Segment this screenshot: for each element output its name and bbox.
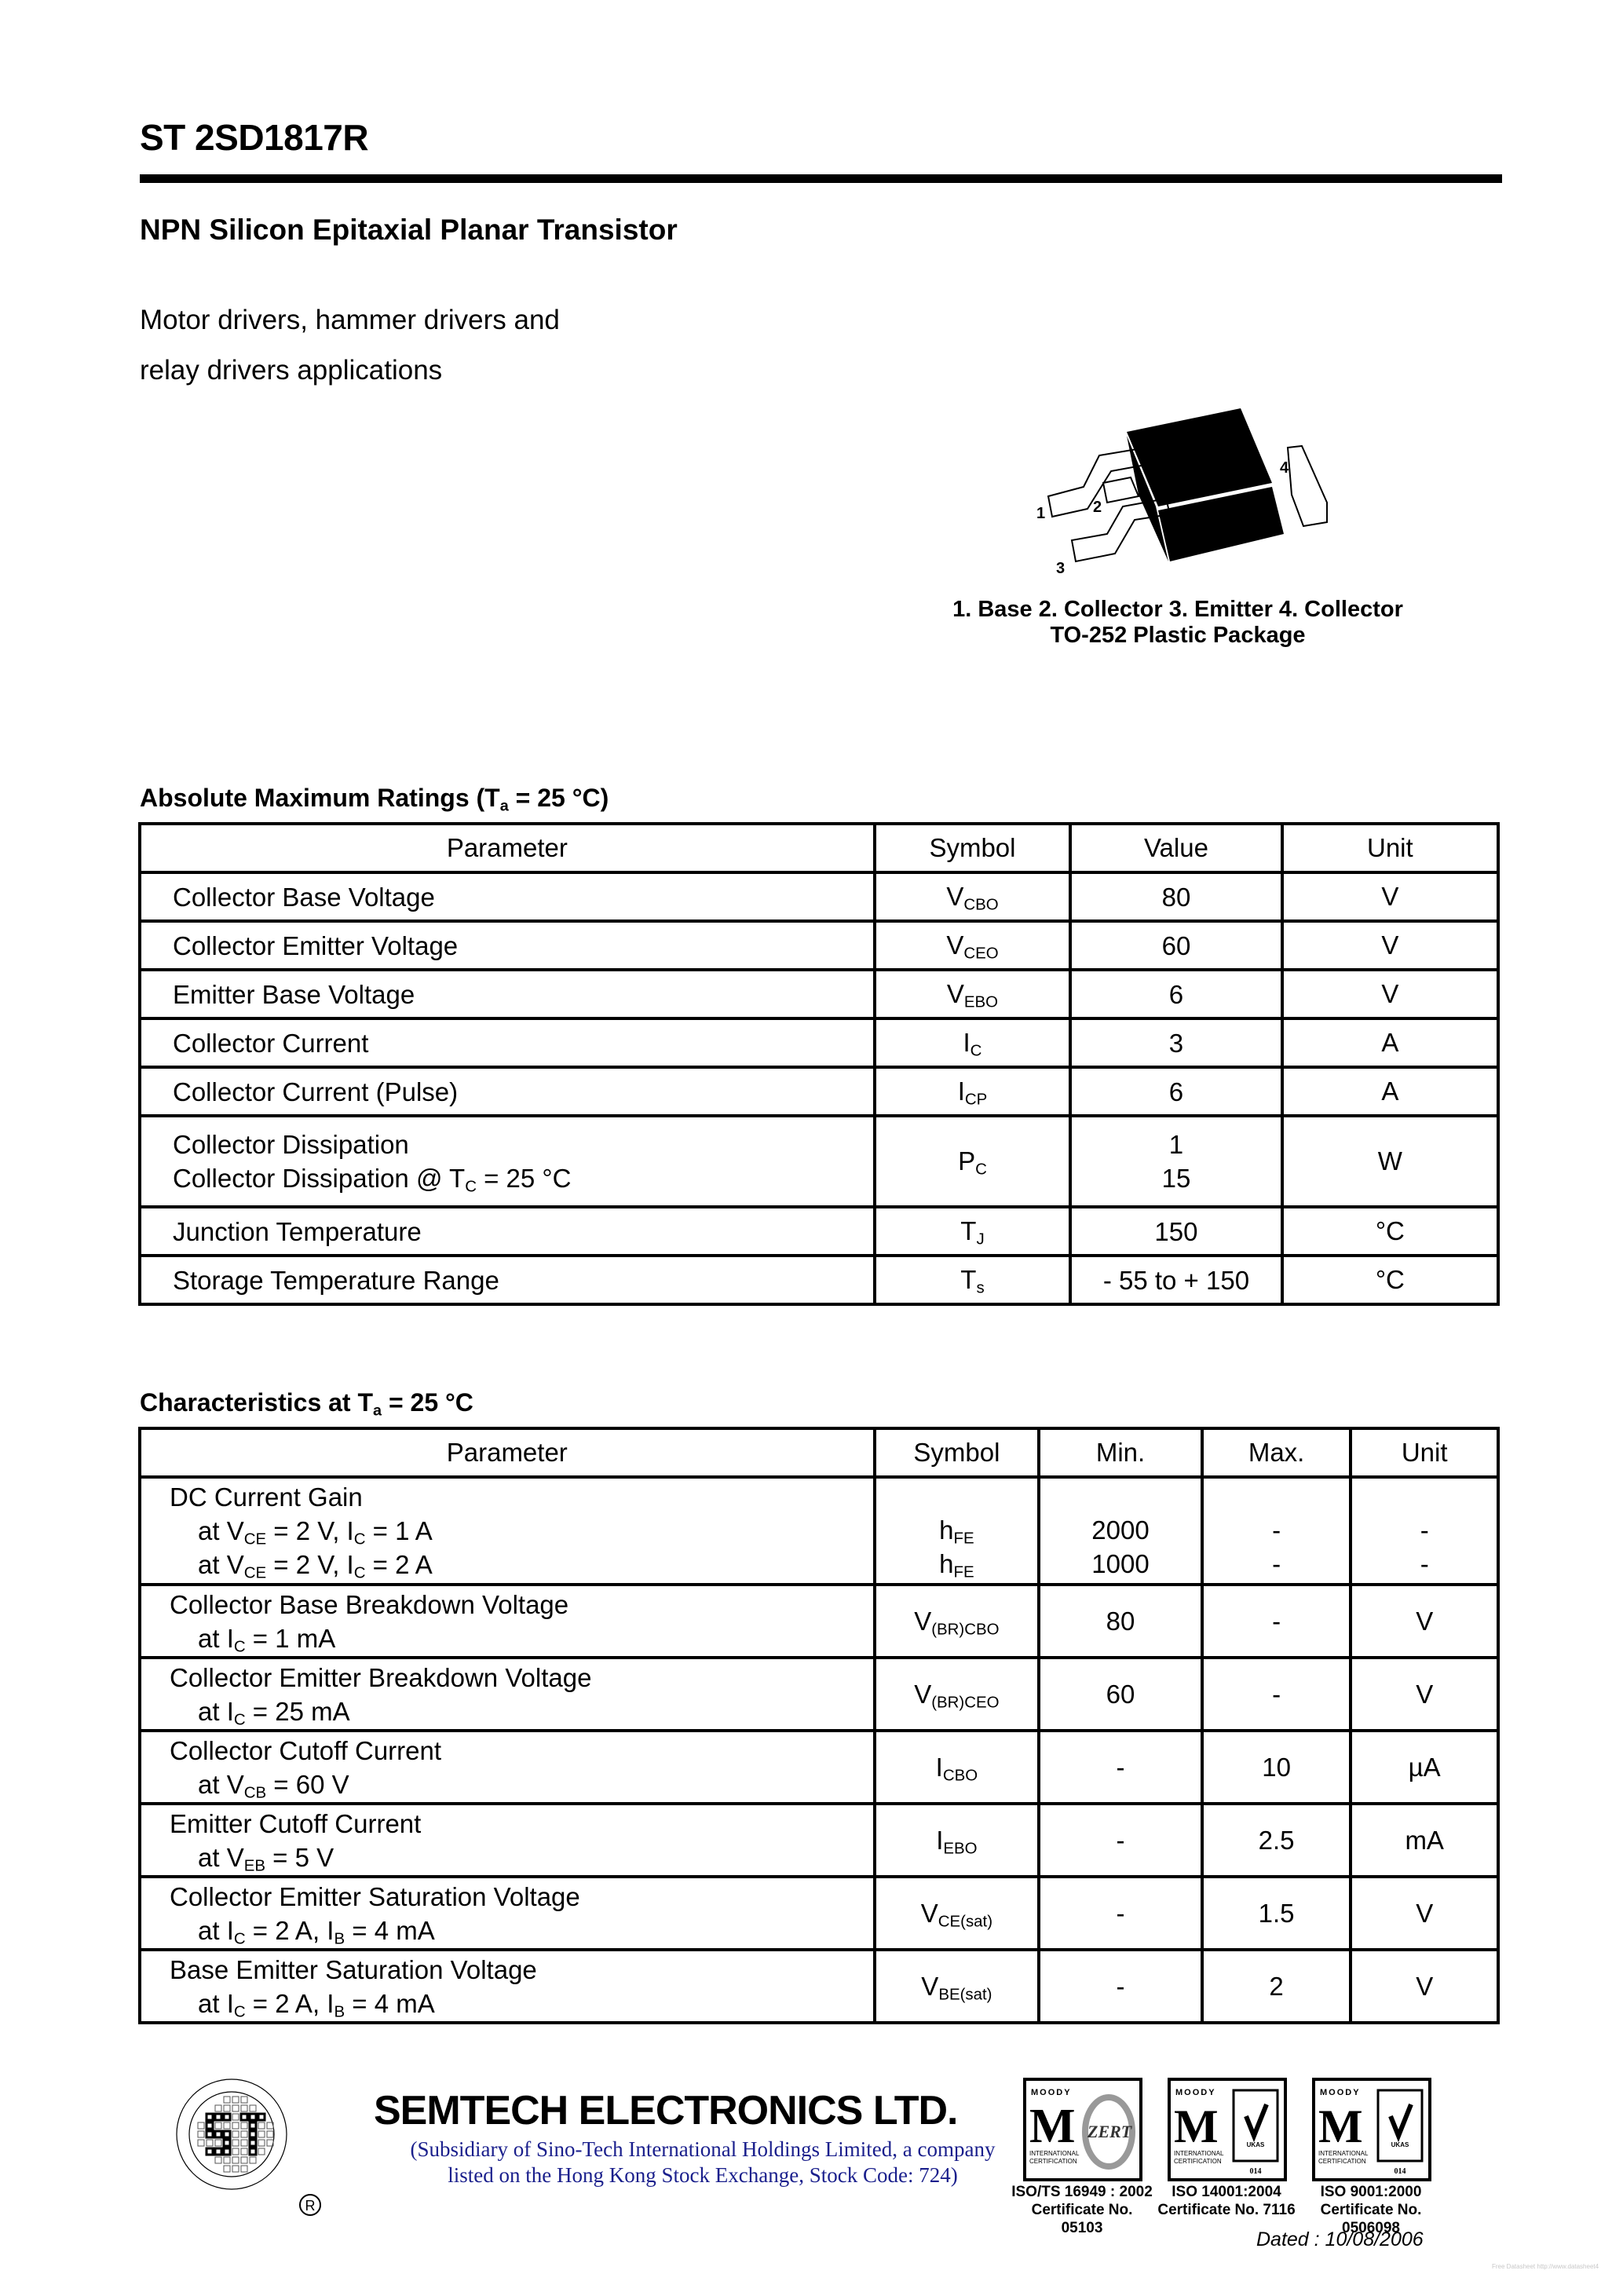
svg-text:014: 014	[1395, 2167, 1406, 2176]
table-row: DC Current Gainat VCE = 2 V, IC = 1 Aat …	[140, 1477, 1498, 1585]
svg-text:MOODY: MOODY	[1320, 2088, 1361, 2097]
table-row: Collector Base VoltageVCBO80V	[140, 872, 1498, 921]
min-cell: 80	[1039, 1585, 1202, 1658]
max-cell: -	[1202, 1585, 1351, 1658]
symbol-cell: hFEhFE	[875, 1477, 1040, 1585]
svg-text:2: 2	[1093, 499, 1102, 516]
max-cell: 2.5	[1202, 1804, 1351, 1877]
table-row: Storage Temperature RangeTs- 55 to + 150…	[140, 1256, 1498, 1304]
table-row: Emitter Base VoltageVEBO6V	[140, 970, 1498, 1018]
symbol-cell: V(BR)CBO	[875, 1585, 1040, 1658]
max-cell: 10	[1202, 1731, 1351, 1804]
parameter-cell: Collector Current (Pulse)	[140, 1067, 875, 1116]
symbol-cell: Ts	[875, 1256, 1071, 1304]
table-row: Emitter Cutoff Currentat VEB = 5 VIEBO-2…	[140, 1804, 1498, 1877]
symbol-cell: IEBO	[875, 1804, 1040, 1877]
unit-cell: W	[1282, 1116, 1498, 1207]
parameter-cell: Collector DissipationCollector Dissipati…	[140, 1116, 875, 1207]
applications-line-1: Motor drivers, hammer drivers and	[140, 305, 560, 336]
max-cell: -	[1202, 1658, 1351, 1731]
column-header: Unit	[1351, 1428, 1498, 1477]
svg-text:INTERNATIONAL: INTERNATIONAL	[1174, 2150, 1224, 2157]
title-divider	[140, 174, 1502, 183]
parameter-cell: Collector Cutoff Currentat VCB = 60 V	[140, 1731, 875, 1804]
table-row: Collector Emitter VoltageVCEO60V	[140, 921, 1498, 970]
parameter-cell: Collector Base Breakdown Voltageat IC = …	[140, 1585, 875, 1658]
value-cell: 80	[1070, 872, 1281, 921]
column-header: Max.	[1202, 1428, 1351, 1477]
certification-badge-iso-9001: MOODY M INTERNATIONAL CERTIFICATION UKAS…	[1312, 2078, 1431, 2181]
parameter-cell: Collector Emitter Breakdown Voltageat IC…	[140, 1658, 875, 1731]
column-header: Unit	[1282, 824, 1498, 872]
svg-text:CERTIFICATION: CERTIFICATION	[1318, 2158, 1366, 2165]
condition-text: at IC = 2 A, IB = 4 mA	[170, 1987, 873, 2020]
unit-cell: V	[1282, 970, 1498, 1018]
company-name: SEMTECH ELECTRONICS LTD.	[374, 2087, 957, 2134]
unit-cell: °C	[1282, 1256, 1498, 1304]
moody-ukas-quality-logo-icon: MOODY M INTERNATIONAL CERTIFICATION UKAS…	[1315, 2081, 1428, 2178]
min-cell: 60	[1039, 1658, 1202, 1731]
symbol-cell: VCE(sat)	[875, 1877, 1040, 1950]
symbol-cell: VCEO	[875, 921, 1071, 970]
column-header: Value	[1070, 824, 1281, 872]
parameter-cell: Collector Current	[140, 1018, 875, 1067]
parameter-cell: Base Emitter Saturation Voltageat IC = 2…	[140, 1950, 875, 2023]
unit-cell: °C	[1282, 1207, 1498, 1256]
pin-legend: 1. Base 2. Collector 3. Emitter 4. Colle…	[864, 597, 1492, 623]
symbol-cell: V(BR)CEO	[875, 1658, 1040, 1731]
table-row: Collector Base Breakdown Voltageat IC = …	[140, 1585, 1498, 1658]
certification-badge-iso-ts-16949: MOODY M INTERNATIONAL CERTIFICATION ZERT	[1023, 2078, 1142, 2181]
symbol-cell: ICBO	[875, 1731, 1040, 1804]
svg-text:M: M	[1174, 2100, 1219, 2152]
to252-package-drawing: 1 2 3 4	[974, 408, 1476, 581]
parameter-cell: Collector Base Voltage	[140, 872, 875, 921]
certificate-caption: ISO/TS 16949 : 2002Certificate No. 05103	[1011, 2183, 1153, 2237]
unit-cell: mA	[1351, 1804, 1498, 1877]
unit-cell: V	[1351, 1877, 1498, 1950]
part-number-title: ST 2SD1817R	[140, 116, 368, 159]
svg-text:INTERNATIONAL: INTERNATIONAL	[1318, 2150, 1369, 2157]
column-header: Symbol	[875, 824, 1071, 872]
symbol-cell: VEBO	[875, 970, 1071, 1018]
parameter-cell: Collector Emitter Saturation Voltageat I…	[140, 1877, 875, 1950]
certification-badge-iso-14001: MOODY M INTERNATIONAL CERTIFICATION UKAS…	[1168, 2078, 1287, 2181]
symbol-cell: PC	[875, 1116, 1071, 1207]
min-cell: -	[1039, 1804, 1202, 1877]
svg-text:UKAS: UKAS	[1391, 2141, 1409, 2148]
table-row: Collector CurrentIC3A	[140, 1018, 1498, 1067]
unit-cell: --	[1351, 1477, 1498, 1585]
min-cell: -	[1039, 1877, 1202, 1950]
max-cell: 1.5	[1202, 1877, 1351, 1950]
svg-text:1: 1	[1036, 505, 1045, 522]
svg-text:MOODY: MOODY	[1031, 2088, 1072, 2097]
table-row: Junction TemperatureTJ150°C	[140, 1207, 1498, 1256]
condition-text: at IC = 25 mA	[170, 1695, 873, 1728]
subsidiary-line-1: (Subsidiary of Sino-Tech International H…	[369, 2137, 1036, 2162]
value-cell: - 55 to + 150	[1070, 1256, 1281, 1304]
unit-cell: V	[1351, 1585, 1498, 1658]
absolute-maximum-ratings-table: Parameter Symbol Value Unit Collector Ba…	[138, 822, 1500, 1306]
table-row: Collector Emitter Breakdown Voltageat IC…	[140, 1658, 1498, 1731]
unit-cell: V	[1282, 921, 1498, 970]
svg-text:CERTIFICATION: CERTIFICATION	[1174, 2158, 1222, 2165]
symbol-cell: VCBO	[875, 872, 1071, 921]
symbol-cell: IC	[875, 1018, 1071, 1067]
value-cell: 115	[1070, 1116, 1281, 1207]
svg-text:UKAS: UKAS	[1247, 2141, 1265, 2148]
symbol-cell: ICP	[875, 1067, 1071, 1116]
characteristics-table: Parameter Symbol Min. Max. Unit DC Curre…	[138, 1427, 1500, 2024]
condition-text: at IC = 2 A, IB = 4 mA	[170, 1914, 873, 1947]
value-cell: 3	[1070, 1018, 1281, 1067]
svg-text:4: 4	[1280, 459, 1289, 477]
parameter-cell: DC Current Gainat VCE = 2 V, IC = 1 Aat …	[140, 1477, 875, 1585]
min-cell: 20001000	[1039, 1477, 1202, 1585]
subsidiary-line-2: listed on the Hong Kong Stock Exchange, …	[369, 2163, 1036, 2188]
condition-text: at VCE = 2 V, IC = 1 A	[170, 1514, 873, 1548]
svg-text:014: 014	[1250, 2167, 1262, 2176]
unit-cell: V	[1351, 1658, 1498, 1731]
table-row: Collector Emitter Saturation Voltageat I…	[140, 1877, 1498, 1950]
svg-text:ZERT: ZERT	[1087, 2122, 1133, 2141]
certificate-caption: ISO 14001:2004Certificate No. 7116	[1156, 2183, 1297, 2219]
svg-text:CERTIFICATION: CERTIFICATION	[1029, 2158, 1077, 2165]
min-cell: -	[1039, 1731, 1202, 1804]
value-cell: 150	[1070, 1207, 1281, 1256]
column-header: Parameter	[140, 1428, 875, 1477]
svg-text:3: 3	[1056, 560, 1065, 577]
svg-text:M: M	[1029, 2100, 1076, 2153]
condition-text: at VEB = 5 V	[170, 1841, 873, 1874]
table-row: Collector Current (Pulse)ICP6A	[140, 1067, 1498, 1116]
moody-ukas-env-logo-icon: MOODY M INTERNATIONAL CERTIFICATION UKAS…	[1171, 2081, 1284, 2178]
value-cell: 6	[1070, 1067, 1281, 1116]
column-header: Min.	[1039, 1428, 1202, 1477]
column-header: Symbol	[875, 1428, 1040, 1477]
table-row: Collector Cutoff Currentat VCB = 60 VICB…	[140, 1731, 1498, 1804]
parameter-cell: Emitter Base Voltage	[140, 970, 875, 1018]
parameter-cell: Junction Temperature	[140, 1207, 875, 1256]
unit-cell: µA	[1351, 1731, 1498, 1804]
max-cell: 2	[1202, 1950, 1351, 2023]
st-logo-icon: R	[169, 2067, 326, 2224]
svg-text:M: M	[1318, 2100, 1363, 2152]
abs-max-title: Absolute Maximum Ratings (Ta = 25 °C)	[140, 784, 609, 813]
svg-text:R: R	[305, 2198, 316, 2214]
device-type-heading: NPN Silicon Epitaxial Planar Transistor	[140, 214, 678, 247]
condition-text: at VCB = 60 V	[170, 1768, 873, 1801]
parameter-cell: Emitter Cutoff Currentat VEB = 5 V	[140, 1804, 875, 1877]
unit-cell: A	[1282, 1067, 1498, 1116]
parameter-cell: Collector Emitter Voltage	[140, 921, 875, 970]
condition-text: at VCE = 2 V, IC = 2 A	[170, 1548, 873, 1581]
unit-cell: A	[1282, 1018, 1498, 1067]
moody-zert-logo-icon: MOODY M INTERNATIONAL CERTIFICATION ZERT	[1026, 2081, 1139, 2178]
svg-text:INTERNATIONAL: INTERNATIONAL	[1029, 2150, 1080, 2157]
svg-text:MOODY: MOODY	[1175, 2088, 1216, 2097]
watermark-text: Free Datasheet http://www.datasheet4	[1492, 2263, 1599, 2270]
table-row: Collector DissipationCollector Dissipati…	[140, 1116, 1498, 1207]
applications-line-2: relay drivers applications	[140, 355, 442, 386]
unit-cell: V	[1351, 1950, 1498, 2023]
symbol-cell: TJ	[875, 1207, 1071, 1256]
table-row: Base Emitter Saturation Voltageat IC = 2…	[140, 1950, 1498, 2023]
dated-label: Dated : 10/08/2006	[1256, 2228, 1424, 2251]
characteristics-title: Characteristics at Ta = 25 °C	[140, 1388, 473, 1417]
package-name: TO-252 Plastic Package	[864, 623, 1492, 649]
value-cell: 6	[1070, 970, 1281, 1018]
value-cell: 60	[1070, 921, 1281, 970]
column-header: Parameter	[140, 824, 875, 872]
min-cell: -	[1039, 1950, 1202, 2023]
parameter-cell: Storage Temperature Range	[140, 1256, 875, 1304]
max-cell: --	[1202, 1477, 1351, 1585]
condition-text: at IC = 1 mA	[170, 1621, 873, 1655]
unit-cell: V	[1282, 872, 1498, 921]
symbol-cell: VBE(sat)	[875, 1950, 1040, 2023]
